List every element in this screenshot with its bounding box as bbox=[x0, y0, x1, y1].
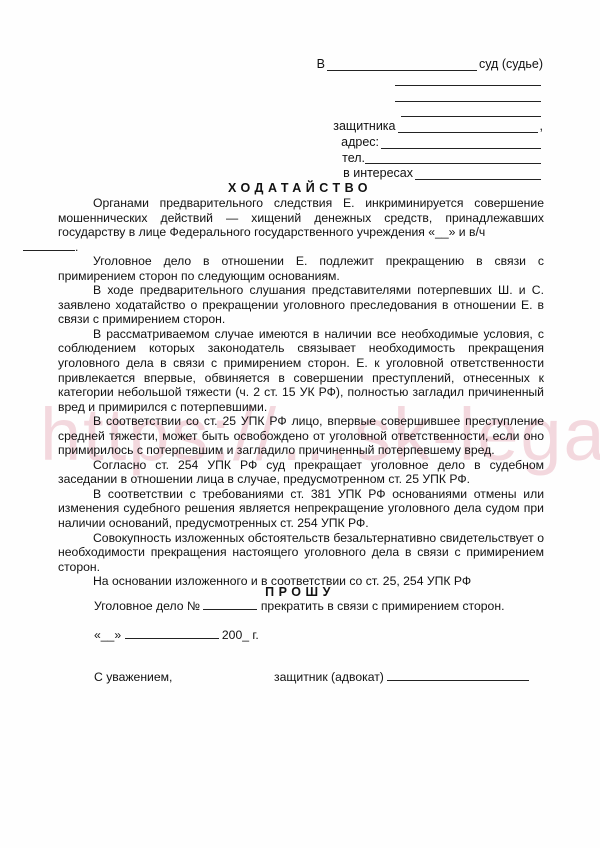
blank-line-2 bbox=[303, 88, 543, 104]
phone-line: тел. bbox=[303, 151, 543, 167]
interests-blank[interactable] bbox=[415, 167, 541, 180]
phone-label: тел. bbox=[342, 151, 365, 167]
defender-suffix: , bbox=[540, 119, 543, 135]
signature-blank[interactable] bbox=[387, 670, 529, 681]
case-number-blank[interactable] bbox=[203, 599, 257, 610]
signature-line: защитник (адвокат) bbox=[274, 670, 529, 684]
defender-label: защитника bbox=[333, 119, 395, 135]
request-title: ПРОШУ bbox=[0, 585, 600, 599]
case-prefix: Уголовное дело № bbox=[94, 599, 200, 613]
paragraph-1-tail: . bbox=[75, 240, 78, 254]
court-address-blank-2[interactable] bbox=[395, 89, 541, 102]
paragraph-6: Согласно ст. 254 УПК РФ суд прекращает у… bbox=[58, 458, 544, 487]
court-line: В суд (судье) bbox=[303, 57, 543, 73]
date-month-blank[interactable] bbox=[125, 628, 219, 639]
document-page: https://…sk-legal.ru В суд (судье) защит… bbox=[0, 0, 600, 848]
signature-label: защитник (адвокат) bbox=[274, 670, 384, 684]
interests-line: в интересах bbox=[303, 166, 543, 182]
regards-text: С уважением, bbox=[94, 670, 172, 684]
date-day: «__» bbox=[94, 628, 121, 642]
paragraph-4: В рассматриваемом случае имеются в налич… bbox=[58, 327, 544, 414]
case-suffix: прекратить в связи с примирением сторон. bbox=[261, 599, 505, 613]
court-suffix: суд (судье) bbox=[479, 57, 543, 73]
defender-line: защитника , bbox=[303, 119, 543, 135]
court-address-blank-3[interactable] bbox=[401, 104, 541, 117]
document-title: ХОДАТАЙСТВО bbox=[0, 181, 600, 195]
court-address-blank-1[interactable] bbox=[395, 73, 541, 86]
paragraph-5: В соответствии со ст. 25 УПК РФ лицо, вп… bbox=[58, 414, 544, 458]
paragraph-1-text: Органами предварительного следствия Е. и… bbox=[58, 196, 544, 239]
blank-line-3 bbox=[303, 104, 543, 120]
paragraph-2: Уголовное дело в отношении Е. подлежит п… bbox=[58, 254, 544, 283]
blank-line-1 bbox=[303, 73, 543, 89]
phone-blank[interactable] bbox=[365, 151, 541, 164]
request-line: Уголовное дело № прекратить в связи с пр… bbox=[94, 599, 504, 613]
court-name-blank[interactable] bbox=[327, 58, 477, 71]
address-line: адрес: bbox=[303, 135, 543, 151]
interests-label: в интересах bbox=[343, 166, 413, 182]
military-unit-blank[interactable] bbox=[23, 240, 75, 251]
address-blank[interactable] bbox=[381, 136, 541, 149]
paragraph-7: В соответствии с требованиями ст. 381 УП… bbox=[58, 487, 544, 531]
date-year: 200_ г. bbox=[222, 628, 259, 642]
paragraph-8: Совокупность изложенных обстоятельств бе… bbox=[58, 531, 544, 575]
paragraph-3: В ходе предварительного слушания предста… bbox=[58, 283, 544, 327]
document-body: Органами предварительного следствия Е. и… bbox=[58, 196, 544, 589]
defender-name-blank[interactable] bbox=[398, 120, 538, 133]
court-prefix: В bbox=[317, 57, 325, 73]
date-line: «__» 200_ г. bbox=[94, 628, 259, 642]
address-label: адрес: bbox=[341, 135, 379, 151]
addressee-block: В суд (судье) защитника , адрес: тел. в … bbox=[303, 57, 543, 182]
paragraph-1: Органами предварительного следствия Е. и… bbox=[58, 196, 544, 254]
